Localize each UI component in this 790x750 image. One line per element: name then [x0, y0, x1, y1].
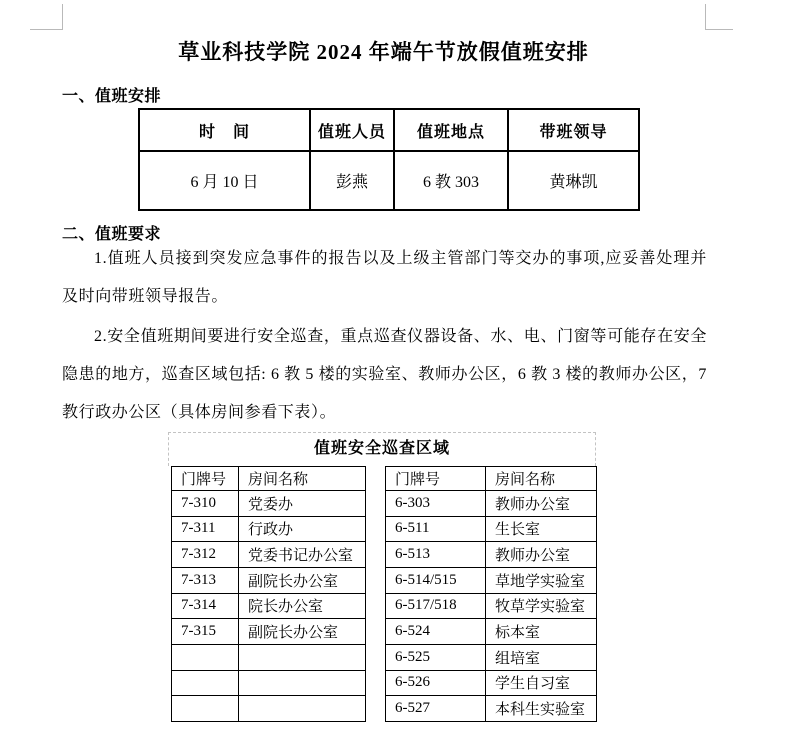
table-cell — [239, 696, 366, 722]
table-cell: 彭燕 — [310, 151, 394, 210]
table-row: 6-526学生自习室 — [386, 670, 597, 696]
patrol-left-header-row: 门牌号房间名称 — [172, 467, 366, 491]
table-cell: 组培室 — [486, 644, 597, 670]
crop-mark-top-left-vertical — [62, 4, 63, 30]
column-header: 房间名称 — [239, 467, 366, 491]
table-row: 7-310党委办 — [172, 491, 366, 517]
table-cell: 院长办公室 — [239, 593, 366, 619]
table-cell: 6-524 — [386, 619, 486, 645]
table-cell: 行政办 — [239, 516, 366, 542]
table-cell — [239, 670, 366, 696]
table-cell: 6 教 303 — [394, 151, 508, 210]
crop-mark-top-right-horizontal — [705, 29, 733, 30]
table-cell: 7-312 — [172, 542, 239, 568]
document-title: 草业科技学院 2024 年端午节放假值班安排 — [62, 36, 705, 66]
table-cell: 6-526 — [386, 670, 486, 696]
table-cell: 6-513 — [386, 542, 486, 568]
table-cell — [239, 644, 366, 670]
section1-heading: 一、值班安排 — [62, 83, 161, 106]
table-cell: 党委办 — [239, 491, 366, 517]
table-row: 6 月 10 日彭燕6 教 303黄琳凯 — [139, 151, 639, 210]
table-row: 6-303教师办公室 — [386, 491, 597, 517]
table-cell: 生长室 — [486, 516, 597, 542]
table-cell: 6-517/518 — [386, 593, 486, 619]
table-cell — [172, 670, 239, 696]
table-row: 6-513教师办公室 — [386, 542, 597, 568]
table-cell: 7-310 — [172, 491, 239, 517]
column-header: 房间名称 — [486, 467, 597, 491]
table-cell: 6-514/515 — [386, 567, 486, 593]
table-row: 6-511生长室 — [386, 516, 597, 542]
table-cell: 牧草学实验室 — [486, 593, 597, 619]
column-header: 带班领导 — [508, 109, 639, 151]
table-row — [172, 644, 366, 670]
table-cell: 本科生实验室 — [486, 696, 597, 722]
patrol-room-table-left: 门牌号房间名称 7-310党委办7-311行政办7-312党委书记办公室7-31… — [171, 466, 366, 722]
table-cell: 7-315 — [172, 619, 239, 645]
patrol-area-title: 值班安全巡查区域 — [169, 433, 595, 465]
table-cell: 标本室 — [486, 619, 597, 645]
table-cell: 7-313 — [172, 567, 239, 593]
table-row: 7-312党委书记办公室 — [172, 542, 366, 568]
word-document-page: { "page": { "title": "草业科技学院 2024 年端午节放假… — [0, 0, 790, 750]
column-header: 值班人员 — [310, 109, 394, 151]
table-row: 6-525组培室 — [386, 644, 597, 670]
crop-mark-top-left-horizontal — [30, 29, 63, 30]
table-cell: 副院长办公室 — [239, 619, 366, 645]
duty-schedule-table: 时 间值班人员值班地点带班领导 6 月 10 日彭燕6 教 303黄琳凯 — [138, 108, 640, 211]
patrol-right-header-row: 门牌号房间名称 — [386, 467, 597, 491]
patrol-area-frame: 值班安全巡查区域 — [168, 432, 596, 466]
table-cell — [172, 644, 239, 670]
table-row — [172, 696, 366, 722]
table-cell: 副院长办公室 — [239, 567, 366, 593]
duty-requirement-paragraph-2: 2.安全值班期间要进行安全巡查，重点巡查仪器设备、水、电、门窗等可能存在安全隐患… — [62, 318, 707, 432]
table-row: 6-517/518牧草学实验室 — [386, 593, 597, 619]
table-cell: 6-527 — [386, 696, 486, 722]
table-cell: 7-311 — [172, 516, 239, 542]
duty-table-header-row: 时 间值班人员值班地点带班领导 — [139, 109, 639, 151]
table-cell: 党委书记办公室 — [239, 542, 366, 568]
duty-requirement-paragraph-1: 1.值班人员接到突发应急事件的报告以及上级主管部门等交办的事项,应妥善处理并及时… — [62, 240, 707, 316]
table-cell: 黄琳凯 — [508, 151, 639, 210]
table-row: 7-313副院长办公室 — [172, 567, 366, 593]
table-cell: 教师办公室 — [486, 542, 597, 568]
table-cell: 7-314 — [172, 593, 239, 619]
column-header: 门牌号 — [172, 467, 239, 491]
crop-mark-top-right-vertical — [705, 4, 706, 30]
table-cell: 6-511 — [386, 516, 486, 542]
table-row: 7-314院长办公室 — [172, 593, 366, 619]
table-row — [172, 670, 366, 696]
column-header: 时 间 — [139, 109, 310, 151]
table-cell: 学生自习室 — [486, 670, 597, 696]
column-header: 门牌号 — [386, 467, 486, 491]
table-cell: 6-525 — [386, 644, 486, 670]
table-row: 6-524标本室 — [386, 619, 597, 645]
table-cell — [172, 696, 239, 722]
table-row: 6-514/515草地学实验室 — [386, 567, 597, 593]
column-header: 值班地点 — [394, 109, 508, 151]
patrol-room-table-right: 门牌号房间名称 6-303教师办公室6-511生长室6-513教师办公室6-51… — [385, 466, 597, 722]
table-cell: 草地学实验室 — [486, 567, 597, 593]
table-row: 7-311行政办 — [172, 516, 366, 542]
table-row: 6-527本科生实验室 — [386, 696, 597, 722]
table-cell: 教师办公室 — [486, 491, 597, 517]
table-cell: 6 月 10 日 — [139, 151, 310, 210]
table-cell: 6-303 — [386, 491, 486, 517]
table-row: 7-315副院长办公室 — [172, 619, 366, 645]
